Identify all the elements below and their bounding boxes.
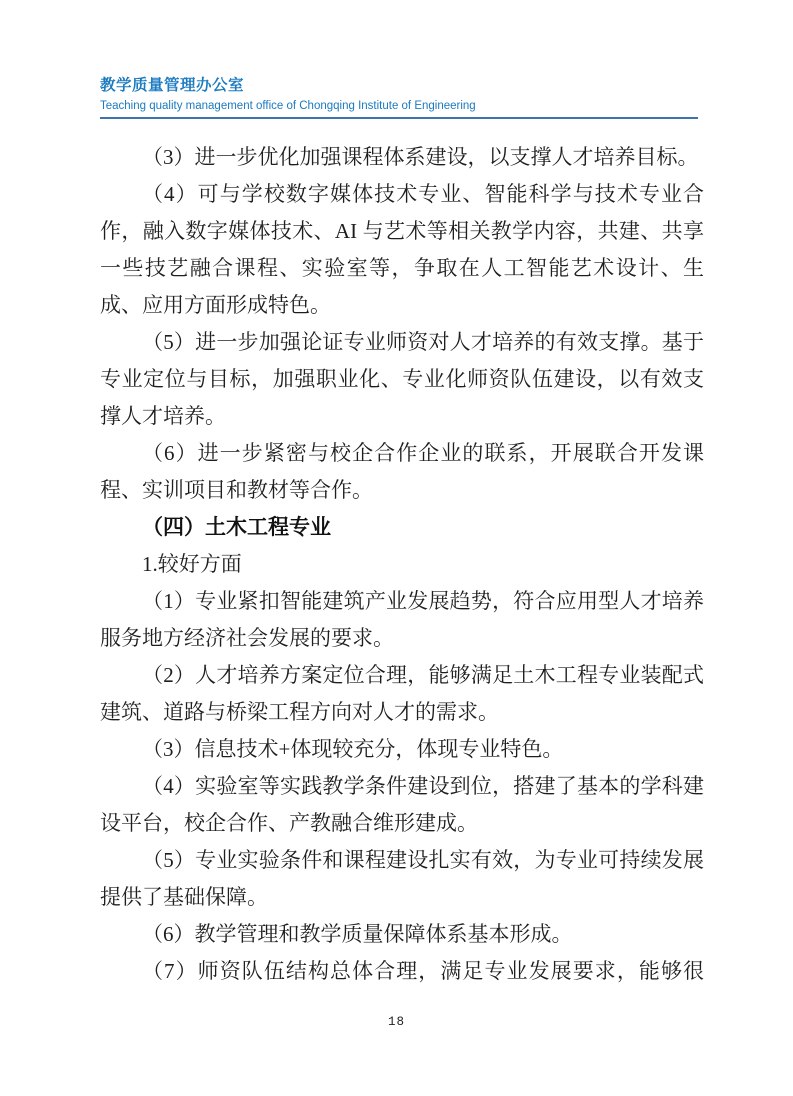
header-rule: [100, 117, 698, 119]
paragraph: （3）进一步优化加强课程体系建设，以支撑人才培养目标。: [100, 139, 704, 176]
page-header: 教学质量管理办公室 Teaching quality management of…: [100, 76, 698, 119]
paragraph: 1.较好方面: [100, 546, 704, 583]
header-title-cn: 教学质量管理办公室: [100, 76, 698, 96]
paragraph: （7）师资队伍结构总体合理，满足专业发展要求，能够很: [100, 953, 704, 990]
paragraph: （5）专业实验条件和课程建设扎实有效，为专业可持续发展提供了基础保障。: [100, 842, 704, 916]
document-body: （3）进一步优化加强课程体系建设，以支撑人才培养目标。（4）可与学校数字媒体技术…: [100, 139, 704, 990]
paragraph: （6）进一步紧密与校企合作企业的联系，开展联合开发课程、实训项目和教材等合作。: [100, 435, 704, 509]
document-page: 教学质量管理办公室 Teaching quality management of…: [0, 0, 793, 1096]
section-heading: （四）土木工程专业: [100, 509, 704, 546]
paragraph: （6）教学管理和教学质量保障体系基本形成。: [100, 916, 704, 953]
paragraph: （3）信息技术+体现较充分，体现专业特色。: [100, 731, 704, 768]
page-footer: 18: [0, 1012, 793, 1030]
paragraph: （1）专业紧扣智能建筑产业发展趋势，符合应用型人才培养服务地方经济社会发展的要求…: [100, 583, 704, 657]
paragraph: （5）进一步加强论证专业师资对人才培养的有效支撑。基于专业定位与目标，加强职业化…: [100, 324, 704, 435]
paragraph: （2）人才培养方案定位合理，能够满足土木工程专业装配式建筑、道路与桥梁工程方向对…: [100, 657, 704, 731]
page-number: 18: [388, 1015, 405, 1029]
header-title-en: Teaching quality management office of Ch…: [100, 99, 698, 114]
paragraph: （4）实验室等实践教学条件建设到位，搭建了基本的学科建设平台，校企合作、产教融合…: [100, 768, 704, 842]
paragraph: （4）可与学校数字媒体技术专业、智能科学与技术专业合作，融入数字媒体技术、AI …: [100, 176, 704, 324]
